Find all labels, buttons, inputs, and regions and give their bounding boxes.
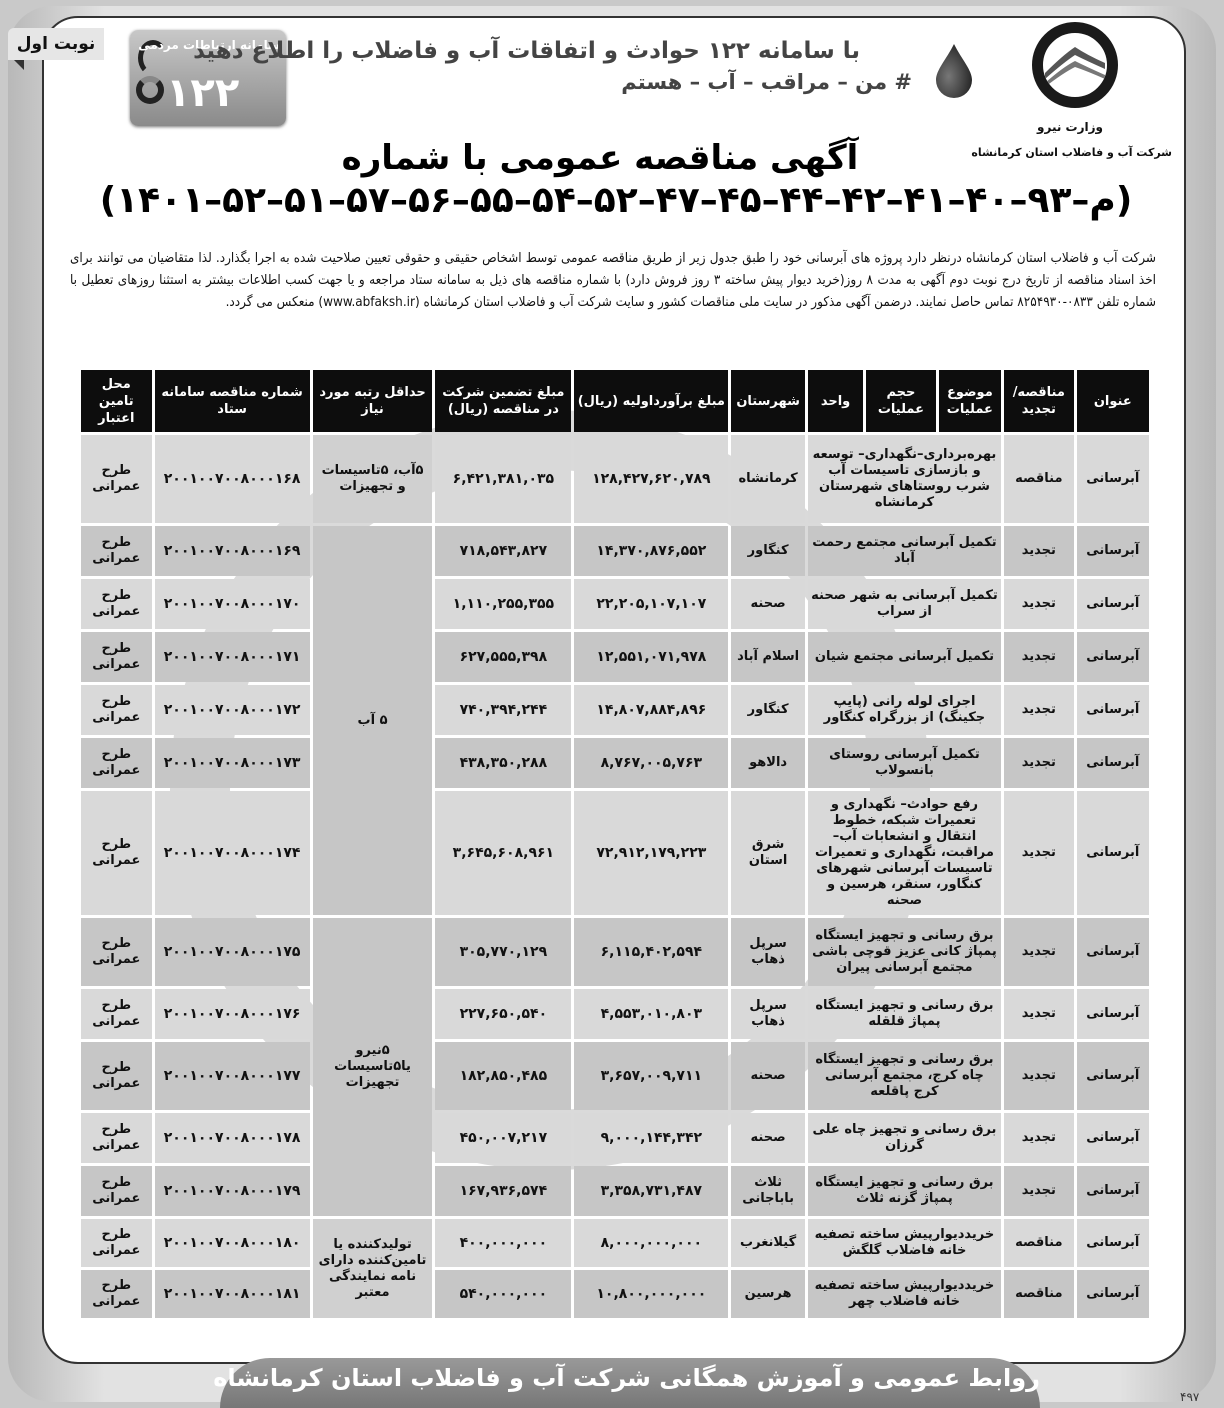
cell-funding: طرح عمرانی	[81, 1113, 152, 1163]
cell-funding: طرح عمرانی	[81, 1219, 152, 1267]
col-header-estimate: مبلغ برآورداولیه (ریال)	[574, 370, 728, 432]
cell-funding: طرح عمرانی	[81, 989, 152, 1039]
cell-guarantee: ۷۱۸,۵۴۳,۸۲۷	[435, 526, 571, 576]
cell-title: آبرسانی	[1077, 1113, 1149, 1163]
cell-guarantee: ۵۴۰,۰۰۰,۰۰۰	[435, 1270, 571, 1318]
cell-funding: طرح عمرانی	[81, 791, 152, 915]
table-row: آبرسانی تجدید برق رسانی و تجهیز ایستگاه …	[81, 1042, 1149, 1110]
turn-badge: نوبت اول	[8, 28, 104, 60]
cell-setad-number: ۲۰۰۱۰۰۷۰۰۸۰۰۰۱۷۲	[155, 685, 310, 735]
col-header-type: مناقصه/ تجدید	[1004, 370, 1073, 432]
table-row: آبرسانی تجدید برق رسانی و تجهیز ایستگاه …	[81, 989, 1149, 1039]
cell-type: تجدید	[1004, 1166, 1073, 1216]
cell-setad-number: ۲۰۰۱۰۰۷۰۰۸۰۰۰۱۷۹	[155, 1166, 310, 1216]
cell-estimate: ۱۲۸,۴۲۷,۶۲۰,۷۸۹	[574, 435, 728, 523]
cell-funding: طرح عمرانی	[81, 1166, 152, 1216]
cell-guarantee: ۱۶۷,۹۳۶,۵۷۴	[435, 1166, 571, 1216]
cell-subject: برق رسانی و تجهیز ایستگاه پمپاژ کانی عزی…	[808, 918, 1001, 986]
cell-title: آبرسانی	[1077, 1270, 1149, 1318]
cell-estimate: ۷۲,۹۱۲,۱۷۹,۲۲۳	[574, 791, 728, 915]
cell-estimate: ۱۴,۳۷۰,۸۷۶,۵۵۲	[574, 526, 728, 576]
cell-county: اسلام آباد	[731, 632, 804, 682]
cell-type: تجدید	[1004, 632, 1073, 682]
cell-grade: تولیدکننده یا تامین‌کننده دارای نامه نما…	[313, 1219, 433, 1318]
cell-title: آبرسانی	[1077, 685, 1149, 735]
cell-county: سرپل ذهاب	[731, 918, 804, 986]
cell-type: تجدید	[1004, 989, 1073, 1039]
table-row: آبرسانی تجدید تکمیل آبرسانی مجتمع رحمت آ…	[81, 526, 1149, 576]
cell-funding: طرح عمرانی	[81, 1270, 152, 1318]
slogan-line-1: با سامانه ۱۲۲ حوادث و اتفاقات آب و فاضلا…	[300, 38, 860, 64]
cell-title: آبرسانی	[1077, 918, 1149, 986]
cell-setad-number: ۲۰۰۱۰۰۷۰۰۸۰۰۰۱۷۰	[155, 579, 310, 629]
cell-county: گیلانغرب	[731, 1219, 804, 1267]
col-header-setad-number: شماره مناقصه سامانه ستاد	[155, 370, 310, 432]
cell-setad-number: ۲۰۰۱۰۰۷۰۰۸۰۰۰۱۷۴	[155, 791, 310, 915]
tender-numbers: (۱۴۰۱–م–۹۳–۴۰–۴۱–۴۲–۴۴–۴۵–۴۷–۵۲–۵۴–۵۵–۵۶…	[76, 180, 1156, 221]
col-header-county: شهرستان	[731, 370, 804, 432]
badge-corner-decoration	[14, 60, 24, 70]
cell-setad-number: ۲۰۰۱۰۰۷۰۰۸۰۰۰۱۸۰	[155, 1219, 310, 1267]
cell-guarantee: ۳,۶۴۵,۶۰۸,۹۶۱	[435, 791, 571, 915]
cell-subject: تکمیل آبرسانی به شهر صحنه از سراب	[808, 579, 1001, 629]
cell-subject: برق رسانی و تجهیز ایستگاه پمپاژ قلقله	[808, 989, 1001, 1039]
cell-title: آبرسانی	[1077, 1166, 1149, 1216]
cell-estimate: ۸,۰۰۰,۰۰۰,۰۰۰	[574, 1219, 728, 1267]
table-row: آبرسانی تجدید تکمیل آبرسانی به شهر صحنه …	[81, 579, 1149, 629]
hotline-number: ۱۲۲	[166, 70, 239, 116]
tenders-table: عنوان مناقصه/ تجدید موضوع عملیات حجم عمل…	[78, 367, 1152, 1321]
cell-county: هرسین	[731, 1270, 804, 1318]
cell-title: آبرسانی	[1077, 579, 1149, 629]
cell-funding: طرح عمرانی	[81, 738, 152, 788]
cell-guarantee: ۷۴۰,۳۹۴,۲۴۴	[435, 685, 571, 735]
cell-subject: برق رسانی و تجهیز ایستگاه چاه کرج، مجتمع…	[808, 1042, 1001, 1110]
cell-type: مناقصه	[1004, 1219, 1073, 1267]
cell-county: صحنه	[731, 1042, 804, 1110]
page-number: ۴۹۷	[1180, 1390, 1199, 1404]
cell-guarantee: ۶۲۷,۵۵۵,۳۹۸	[435, 632, 571, 682]
cell-title: آبرسانی	[1077, 1042, 1149, 1110]
cell-funding: طرح عمرانی	[81, 1042, 152, 1110]
cell-subject: خریددیوارپیش ساخته تصفیه خانه فاضلاب چهر	[808, 1270, 1001, 1318]
col-header-guarantee: مبلغ تضمین شرکت در مناقصه (ریال)	[435, 370, 571, 432]
cell-guarantee: ۴۵۰,۰۰۷,۲۱۷	[435, 1113, 571, 1163]
cell-funding: طرح عمرانی	[81, 526, 152, 576]
cell-county: شرق استان	[731, 791, 804, 915]
cell-setad-number: ۲۰۰۱۰۰۷۰۰۸۰۰۰۱۶۸	[155, 435, 310, 523]
cell-county: دالاهو	[731, 738, 804, 788]
cell-guarantee: ۳۰۵,۷۷۰,۱۲۹	[435, 918, 571, 986]
cell-title: آبرسانی	[1077, 632, 1149, 682]
col-header-subject: موضوع عملیات	[939, 370, 1001, 432]
cell-setad-number: ۲۰۰۱۰۰۷۰۰۸۰۰۰۱۷۷	[155, 1042, 310, 1110]
cell-county: ثلاث باباجانی	[731, 1166, 804, 1216]
ring-icon	[136, 76, 164, 104]
cell-subject: رفع حوادث– نگهداری و تعمیرات شبکه، خطوط …	[808, 791, 1001, 915]
cell-funding: طرح عمرانی	[81, 632, 152, 682]
cell-subject: برق رسانی و تجهیز چاه علی گرزان	[808, 1113, 1001, 1163]
cell-estimate: ۹,۰۰۰,۱۴۴,۳۴۲	[574, 1113, 728, 1163]
cell-type: تجدید	[1004, 1042, 1073, 1110]
cell-type: تجدید	[1004, 1113, 1073, 1163]
table-row: آبرسانی مناقصه خریددیوارپیش ساخته تصفیه …	[81, 1219, 1149, 1267]
col-header-funding: محل تامین اعتبار	[81, 370, 152, 432]
cell-type: تجدید	[1004, 579, 1073, 629]
cell-subject: برق رسانی و تجهیز ایستگاه پمپاژ گزنه ثلا…	[808, 1166, 1001, 1216]
cell-county: کرمانشاه	[731, 435, 804, 523]
cell-estimate: ۳,۶۵۷,۰۰۹,۷۱۱	[574, 1042, 728, 1110]
cell-funding: طرح عمرانی	[81, 918, 152, 986]
company-name-label: شرکت آب و فاضلاب استان کرمانشاه	[972, 146, 1172, 159]
cell-funding: طرح عمرانی	[81, 435, 152, 523]
cell-funding: طرح عمرانی	[81, 579, 152, 629]
cell-setad-number: ۲۰۰۱۰۰۷۰۰۸۰۰۰۱۷۶	[155, 989, 310, 1039]
cell-type: تجدید	[1004, 791, 1073, 915]
cell-setad-number: ۲۰۰۱۰۰۷۰۰۸۰۰۰۱۷۵	[155, 918, 310, 986]
cell-estimate: ۶,۱۱۵,۴۰۲,۵۹۴	[574, 918, 728, 986]
table-row: آبرسانی تجدید تکمیل آبرسانی روستای بانسو…	[81, 738, 1149, 788]
table-row: آبرسانی تجدید رفع حوادث– نگهداری و تعمیر…	[81, 791, 1149, 915]
cell-type: تجدید	[1004, 918, 1073, 986]
cell-guarantee: ۶,۴۲۱,۳۸۱,۰۳۵	[435, 435, 571, 523]
cell-guarantee: ۴۳۸,۳۵۰,۲۸۸	[435, 738, 571, 788]
cell-type: مناقصه	[1004, 435, 1073, 523]
cell-title: آبرسانی	[1077, 989, 1149, 1039]
table-row: آبرسانی تجدید اجرای لوله رانی (پایپ جکین…	[81, 685, 1149, 735]
table-row: آبرسانی مناقصه خریددیوارپیش ساخته تصفیه …	[81, 1270, 1149, 1318]
col-header-title: عنوان	[1077, 370, 1149, 432]
page-title: آگهی مناقصه عمومی با شماره	[320, 138, 880, 178]
cell-subject: تکمیل آبرسانی روستای بانسولاب	[808, 738, 1001, 788]
cell-county: صحنه	[731, 579, 804, 629]
cell-county: کنگاور	[731, 685, 804, 735]
cell-estimate: ۴,۵۵۳,۰۱۰,۸۰۳	[574, 989, 728, 1039]
cell-subject: اجرای لوله رانی (پایپ جکینگ) از بزرگراه …	[808, 685, 1001, 735]
cell-type: تجدید	[1004, 738, 1073, 788]
cell-guarantee: ۱,۱۱۰,۲۵۵,۳۵۵	[435, 579, 571, 629]
cell-grade: ۵آب، ۵تاسیسات و تجهیزات	[313, 435, 433, 523]
cell-title: آبرسانی	[1077, 526, 1149, 576]
cell-guarantee: ۱۸۲,۸۵۰,۴۸۵	[435, 1042, 571, 1110]
cell-estimate: ۱۴,۸۰۷,۸۸۴,۸۹۶	[574, 685, 728, 735]
table-row: آبرسانی تجدید برق رسانی و تجهیز ایستگاه …	[81, 918, 1149, 986]
col-header-unit: واحد	[808, 370, 863, 432]
col-header-grade: حداقل رتبه مورد نیاز	[313, 370, 433, 432]
footer-text: روابط عمومی و آموزش همگانی شرکت آب و فاض…	[220, 1364, 1040, 1392]
col-header-volume: حجم عملیات	[866, 370, 935, 432]
cell-subject: خریددیوارپیش ساخته تصفیه خانه فاضلاب گلگ…	[808, 1219, 1001, 1267]
cell-county: سرپل ذهاب	[731, 989, 804, 1039]
cell-subject: بهره‌برداری–نگهداری– توسعه و بازسازی تاس…	[808, 435, 1001, 523]
company-logo	[1032, 22, 1118, 108]
cell-estimate: ۳,۳۵۸,۷۳۱,۴۸۷	[574, 1166, 728, 1216]
cell-guarantee: ۴۰۰,۰۰۰,۰۰۰	[435, 1219, 571, 1267]
cell-title: آبرسانی	[1077, 791, 1149, 915]
table-row: آبرسانی تجدید برق رسانی و تجهیز چاه علی …	[81, 1113, 1149, 1163]
intro-paragraph: شرکت آب و فاضلاب استان کرمانشاه درنظر دا…	[70, 248, 1156, 314]
cell-type: تجدید	[1004, 685, 1073, 735]
cell-estimate: ۸,۷۶۷,۰۰۵,۷۶۳	[574, 738, 728, 788]
table-header-row: عنوان مناقصه/ تجدید موضوع عملیات حجم عمل…	[81, 370, 1149, 432]
mountain-waves-icon	[1043, 33, 1107, 97]
cell-title: آبرسانی	[1077, 1219, 1149, 1267]
cell-grade: ۵نیرو یا۵تاسیسات تجهیزات	[313, 918, 433, 1216]
water-drop-icon	[932, 42, 976, 98]
cell-estimate: ۱۲,۵۵۱,۰۷۱,۹۷۸	[574, 632, 728, 682]
slogan-hashtag: # من – مراقب – آب – هستم	[600, 70, 912, 94]
cell-setad-number: ۲۰۰۱۰۰۷۰۰۸۰۰۰۱۶۹	[155, 526, 310, 576]
cell-guarantee: ۲۲۷,۶۵۰,۵۴۰	[435, 989, 571, 1039]
cell-estimate: ۱۰,۸۰۰,۰۰۰,۰۰۰	[574, 1270, 728, 1318]
table-row: آبرسانی مناقصه بهره‌برداری–نگهداری– توسع…	[81, 435, 1149, 523]
table-row: آبرسانی تجدید تکمیل آبرسانی مجتمع شیان ا…	[81, 632, 1149, 682]
cell-setad-number: ۲۰۰۱۰۰۷۰۰۸۰۰۰۱۸۱	[155, 1270, 310, 1318]
table-row: آبرسانی تجدید برق رسانی و تجهیز ایستگاه …	[81, 1166, 1149, 1216]
cell-estimate: ۲۲,۲۰۵,۱۰۷,۱۰۷	[574, 579, 728, 629]
cell-county: صحنه	[731, 1113, 804, 1163]
cell-type: تجدید	[1004, 526, 1073, 576]
cell-subject: تکمیل آبرسانی مجتمع رحمت آباد	[808, 526, 1001, 576]
cell-title: آبرسانی	[1077, 435, 1149, 523]
cell-setad-number: ۲۰۰۱۰۰۷۰۰۸۰۰۰۱۷۸	[155, 1113, 310, 1163]
cell-title: آبرسانی	[1077, 738, 1149, 788]
cell-grade: ۵ آب	[313, 526, 433, 915]
cell-setad-number: ۲۰۰۱۰۰۷۰۰۸۰۰۰۱۷۳	[155, 738, 310, 788]
ministry-label: وزارت نیرو	[1000, 120, 1140, 134]
cell-subject: تکمیل آبرسانی مجتمع شیان	[808, 632, 1001, 682]
cell-county: کنگاور	[731, 526, 804, 576]
cell-funding: طرح عمرانی	[81, 685, 152, 735]
cell-setad-number: ۲۰۰۱۰۰۷۰۰۸۰۰۰۱۷۱	[155, 632, 310, 682]
cell-type: مناقصه	[1004, 1270, 1073, 1318]
